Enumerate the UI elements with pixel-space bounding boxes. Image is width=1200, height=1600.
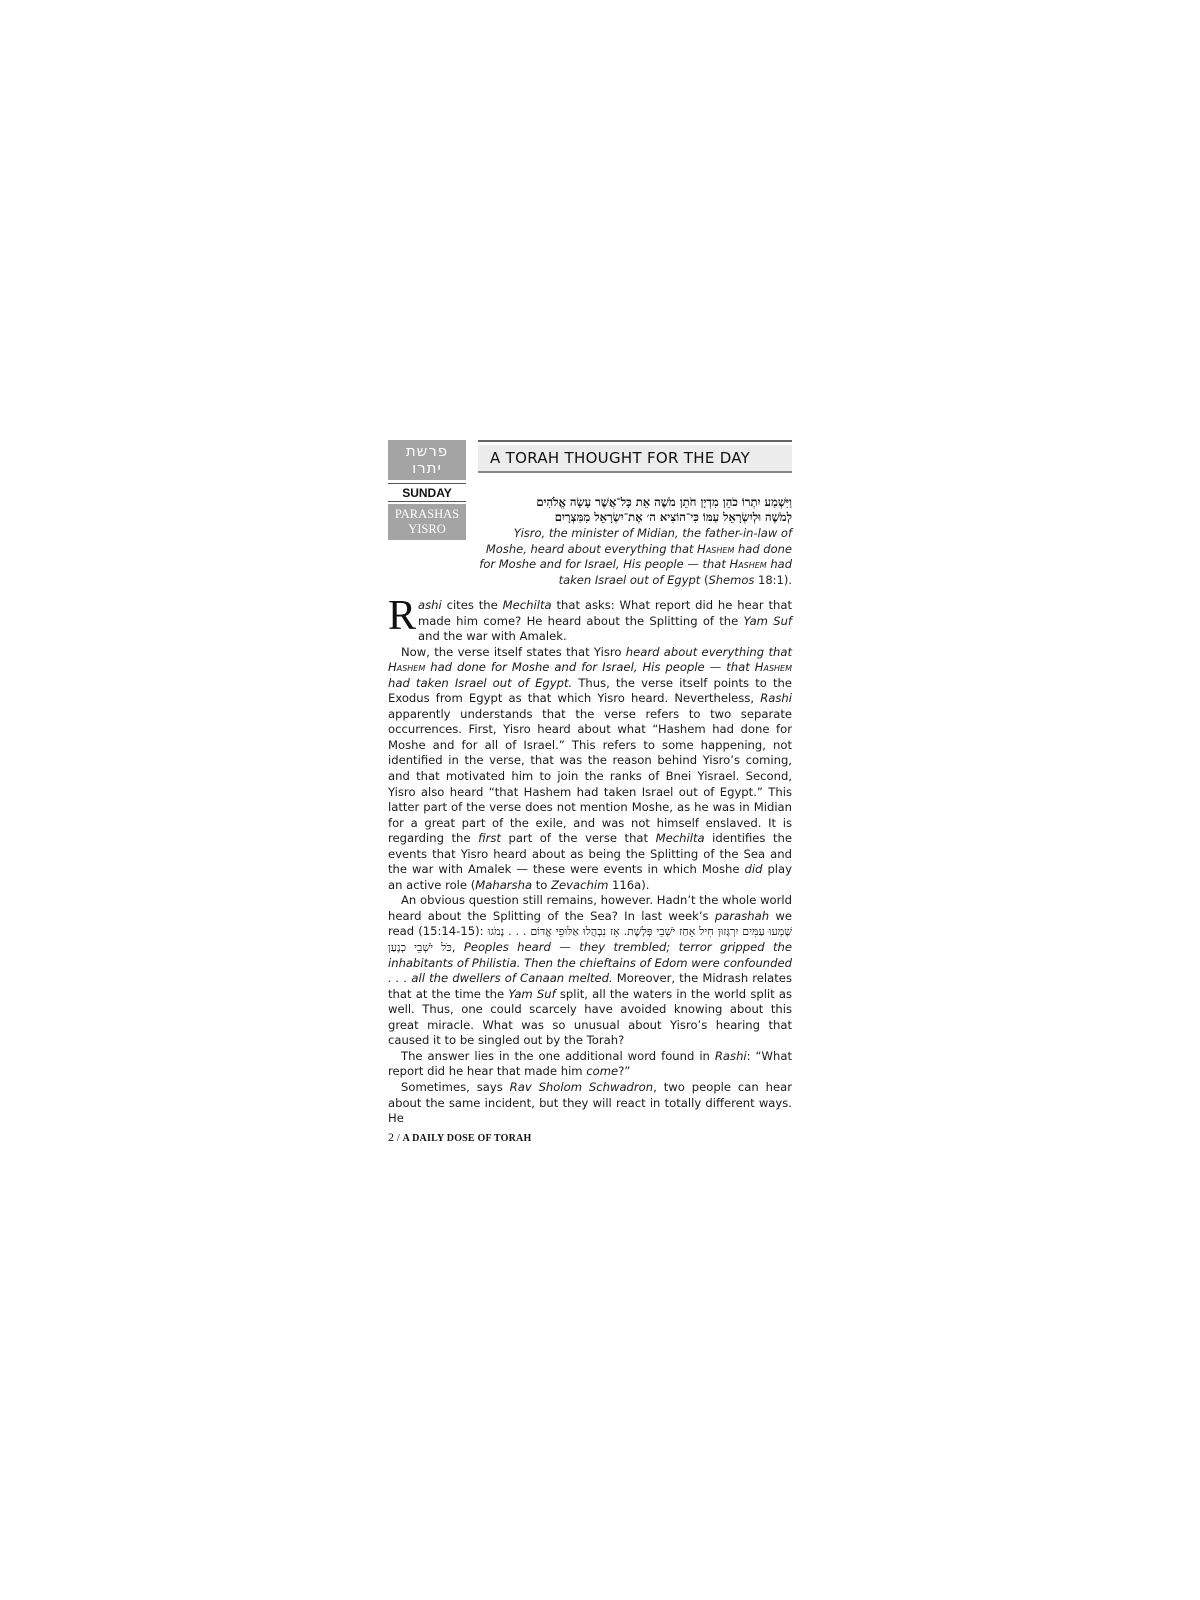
text-run: had taken Israel out of Egypt. bbox=[388, 676, 572, 690]
divider bbox=[388, 501, 466, 502]
text-run: first bbox=[478, 831, 501, 845]
drop-cap: R bbox=[388, 600, 416, 632]
hebrew-verse-line1: וַיִּשְׁמַע יִתְרוֹ כֹהֵן מִדְיָן חֹתֵן … bbox=[470, 495, 792, 510]
text-run: heard about everything that bbox=[626, 645, 792, 659]
text-run: part of the verse that bbox=[501, 831, 656, 845]
text-run: Mechilta bbox=[503, 598, 552, 612]
text-run: Hashem bbox=[388, 660, 425, 674]
text-run: The answer lies in the one additional wo… bbox=[401, 1049, 715, 1063]
english-parasha-label: PARASHAS YISRO bbox=[388, 504, 466, 540]
hebrew-parasha-line1: פרשת bbox=[388, 443, 466, 460]
hebrew-verse: וַיִּשְׁמַע יִתְרוֹ כֹהֵן מִדְיָן חֹתֵן … bbox=[470, 495, 792, 525]
text-run: cites the bbox=[442, 598, 503, 612]
parashas-line2: YISRO bbox=[388, 522, 466, 537]
hebrew-parasha-label: פרשת יתרו bbox=[388, 440, 466, 480]
paragraph-2: Now, the verse itself states that Yisro … bbox=[388, 645, 792, 894]
verse-block: וַיִּשְׁמַע יִתְרוֹ כֹהֵן מִדְיָן חֹתֵן … bbox=[470, 495, 792, 588]
verse-hashem: Hashem bbox=[730, 557, 767, 571]
book-title: A DAILY DOSE OF TORAH bbox=[403, 1133, 532, 1144]
paragraph-4: The answer lies in the one additional wo… bbox=[388, 1049, 792, 1080]
footer-separator: / bbox=[394, 1132, 403, 1144]
text-run: Rav Sholom Schwadron bbox=[510, 1080, 653, 1094]
citation-ref: 18:1). bbox=[754, 573, 792, 587]
hebrew-verse-line2: לְמֹשֶׁה וּלְיִשְׂרָאֵל עַמּוֹ כִּי־הוֹצ… bbox=[470, 510, 792, 525]
text-run: Sometimes, says bbox=[401, 1080, 510, 1094]
text-run: had done for Moshe and for Israel, His p… bbox=[425, 660, 755, 674]
parasha-side-tab: פרשת יתרו SUNDAY PARASHAS YISRO bbox=[388, 440, 466, 540]
text-run: apparently understands that the verse re… bbox=[388, 707, 792, 845]
section-title-banner: A TORAH THOUGHT FOR THE DAY bbox=[478, 440, 792, 473]
text-run: Rashi bbox=[715, 1049, 747, 1063]
text-run: Yam Suf bbox=[508, 987, 555, 1001]
text-run: Hashem bbox=[755, 660, 792, 674]
text-run: Now, the verse itself states that Yisro bbox=[401, 645, 626, 659]
page-footer: 2 / A DAILY DOSE OF TORAH bbox=[388, 1130, 531, 1145]
text-run: ?” bbox=[618, 1064, 630, 1078]
paragraph-3: An obvious question still remains, howev… bbox=[388, 893, 792, 1048]
text-run: ashi bbox=[418, 598, 442, 612]
text-run: , bbox=[452, 940, 464, 954]
parashas-line1: PARASHAS bbox=[388, 507, 466, 522]
title-rule bbox=[478, 440, 792, 442]
text-run: come bbox=[586, 1064, 618, 1078]
text-run: did bbox=[744, 862, 762, 876]
day-label: SUNDAY bbox=[388, 484, 466, 501]
body-text: Rashi cites the Mechilta that asks: What… bbox=[388, 598, 792, 1127]
text-run: Rashi bbox=[760, 691, 792, 705]
text-run: Yam Suf bbox=[744, 614, 792, 628]
paragraph-1: Rashi cites the Mechilta that asks: What… bbox=[388, 598, 792, 645]
paragraph-5: Sometimes, says Rav Sholom Schwadron, tw… bbox=[388, 1080, 792, 1127]
text-run: and the war with Amalek. bbox=[418, 629, 567, 643]
hebrew-parasha-line2: יתרו bbox=[388, 460, 466, 477]
text-run: 116a). bbox=[608, 878, 649, 892]
text-run: Maharsha bbox=[475, 878, 532, 892]
citation-book: Shemos bbox=[708, 573, 754, 587]
text-run: parashah bbox=[715, 909, 769, 923]
text-run: Zevachim bbox=[551, 878, 608, 892]
text-run: to bbox=[532, 878, 551, 892]
verse-hashem: Hashem bbox=[697, 542, 734, 556]
section-title: A TORAH THOUGHT FOR THE DAY bbox=[478, 445, 792, 473]
text-run: Mechilta bbox=[656, 831, 705, 845]
english-verse-translation: Yisro, the minister of Midian, the fathe… bbox=[470, 526, 792, 588]
